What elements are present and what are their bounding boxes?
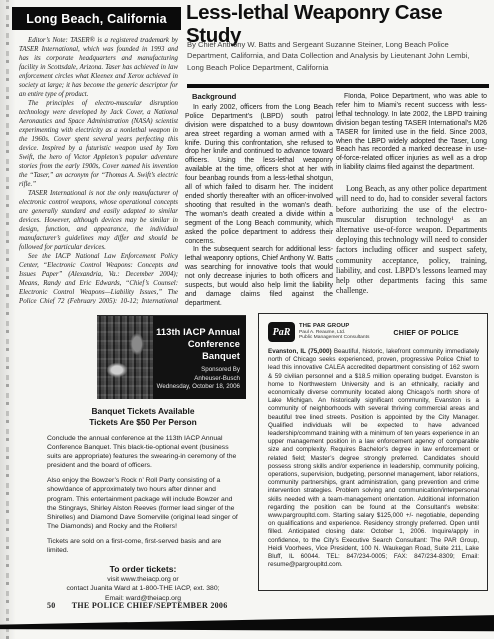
banquet-paragraph: Tickets are sold on a first-come, first-… (47, 537, 239, 555)
left-scan-edge (6, 0, 9, 639)
conference-photo (97, 316, 153, 399)
background-heading: Background (185, 93, 333, 102)
banner-sponsor-name: Anheuser-Busch (153, 375, 240, 384)
continuation-column: Florida, Police Department, who was able… (336, 93, 487, 308)
bottom-scan-bar (0, 613, 494, 639)
editors-note-paragraph: Editor’s Note: TASER® is a registered tr… (19, 36, 178, 99)
editors-note-paragraph: See the IACP National Law Enforcement Po… (19, 252, 178, 304)
job-ad-box: PaR THE PAR GROUP Paul A. Reaume, Ltd. P… (258, 313, 488, 591)
title-rule (187, 84, 489, 88)
banner-title-line: 113th IACP Annual (153, 326, 240, 338)
body-paragraph: Florida, Police Department, who was able… (336, 93, 487, 173)
position-title: CHIEF OF POLICE (393, 328, 458, 337)
banquet-banner: 113th IACP Annual Conference Banquet Spo… (97, 315, 246, 399)
par-group-logo: PaR (268, 322, 295, 342)
order-tickets-line: contact Juanita Ward at 1-800-THE IACP, … (47, 584, 239, 593)
footer-publication: THE POLICE CHIEF/SEPTEMBER 2006 (72, 601, 228, 610)
banner-sponsored-by: Sponsored By (153, 366, 240, 375)
banquet-paragraph: Conclude the annual conference at the 11… (47, 434, 239, 470)
order-tickets-line: visit www.theiacp.org or (47, 575, 239, 584)
firm-subtitle: Public Management Consultants (299, 335, 369, 341)
editors-note-paragraph: The principles of electro-muscular disru… (19, 99, 178, 189)
background-column: Background In early 2002, officers from … (185, 93, 333, 307)
order-tickets-heading: To order tickets: (47, 564, 239, 575)
editors-note: Editor’s Note: TASER® is a registered tr… (19, 36, 178, 304)
banner-text: 113th IACP Annual Conference Banquet Spo… (153, 316, 246, 399)
banner-title-line: Conference Banquet (153, 338, 240, 362)
magazine-page: Long Beach, California Less-lethal Weapo… (0, 0, 494, 639)
location-tag: Long Beach, California (12, 7, 181, 30)
body-paragraph: In early 2002, officers from the Long Be… (185, 104, 333, 247)
banquet-heading-line: Tickets Are $50 Per Person (47, 417, 239, 428)
banquet-details: Banquet Tickets Available Tickets Are $5… (47, 406, 239, 603)
body-paragraph: Long Beach, as any other police departme… (336, 184, 487, 296)
page-footer: 50 THE POLICE CHIEF/SEPTEMBER 2006 (47, 601, 228, 610)
article-byline: By Chief Anthony W. Batts and Sergeant S… (187, 39, 487, 73)
banquet-paragraph: Also enjoy the Bowzer’s Rock n’ Roll Par… (47, 476, 239, 531)
banner-event-date: Wednesday, October 18, 2006 (153, 383, 240, 392)
banquet-heading-line: Banquet Tickets Available (47, 406, 239, 417)
body-paragraph: In the subsequent search for additional … (185, 246, 333, 307)
footer-page-number: 50 (47, 601, 56, 610)
par-group-logo-text: PaR (273, 327, 291, 338)
firm-info: THE PAR GROUP Paul A. Reaume, Ltd. Publi… (299, 323, 369, 342)
job-description-text: Beautiful, historic, lakefront community… (268, 348, 479, 568)
firm-name: THE PAR GROUP (299, 323, 369, 330)
job-location-lead: Evanston, IL (75,000) (268, 348, 332, 355)
job-description: Evanston, IL (75,000) Beautiful, histori… (268, 348, 479, 569)
editors-note-paragraph: TASER International is not the only manu… (19, 189, 178, 252)
job-ad-header: PaR THE PAR GROUP Paul A. Reaume, Ltd. P… (268, 322, 479, 342)
